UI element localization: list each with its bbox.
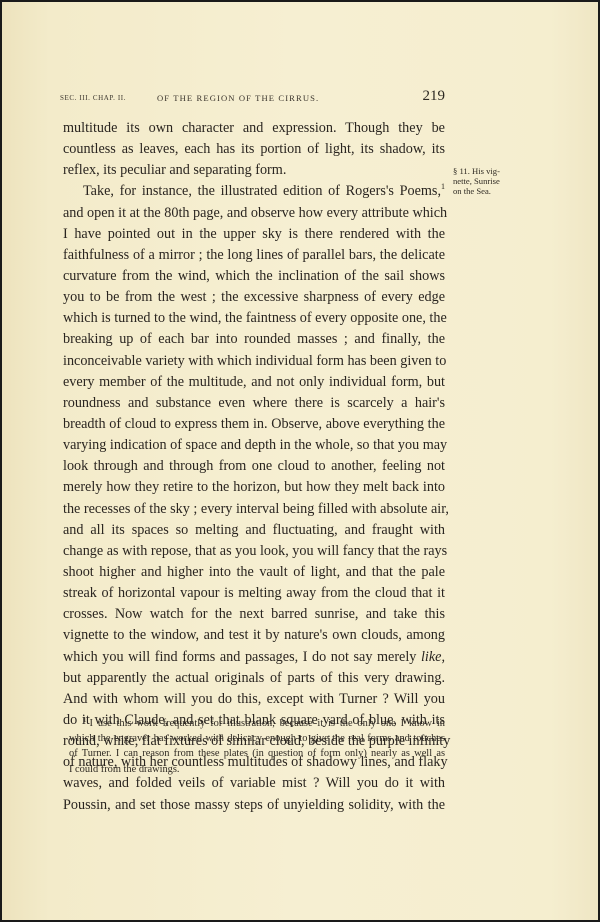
book-page: SEC. III. CHAP. II. OF THE REGION OF THE… bbox=[2, 2, 598, 920]
text-line: countless as leaves, each has its portio… bbox=[63, 139, 445, 160]
text-line: And with whom will you do this, except w… bbox=[63, 689, 445, 710]
text-line: which is turned to the wind, the faintne… bbox=[63, 308, 445, 329]
body-text: multitude its own character and expressi… bbox=[63, 118, 445, 816]
footnote-line: 1I use this work frequently for illustra… bbox=[69, 716, 445, 731]
text-line: multitude its own character and expressi… bbox=[63, 118, 445, 139]
running-head-title: OF THE REGION OF THE CIRRUS. bbox=[157, 93, 319, 103]
text-segment: I use this work frequently for illustrat… bbox=[90, 718, 446, 729]
italic-word: like, bbox=[421, 649, 445, 665]
text-line: look through and through from one cloud … bbox=[63, 456, 445, 477]
text-line: but apparently the actual originals of p… bbox=[63, 668, 445, 689]
text-segment: Take, for instance, the illustrated edit… bbox=[83, 183, 441, 199]
footnote-line: of Turner. I can reason from these plate… bbox=[69, 746, 445, 761]
footnote-reference[interactable]: 1 bbox=[441, 182, 445, 191]
text-line: breaking up of each bar into rounded mas… bbox=[63, 329, 445, 350]
footnote-line: I could from the drawings. bbox=[69, 762, 445, 777]
marginal-note-line: nette, Sunrise bbox=[453, 176, 543, 186]
text-line: merely how they retire to the horizon, b… bbox=[63, 477, 445, 498]
marginal-note-line: on the Sea. bbox=[453, 186, 543, 196]
text-line: roundness and substance even where there… bbox=[63, 393, 445, 414]
text-line: Poussin, and set those massy steps of un… bbox=[63, 795, 445, 816]
marginal-note: § 11. His vig- nette, Sunrise on the Sea… bbox=[453, 166, 543, 197]
footnote: 1I use this work frequently for illustra… bbox=[69, 716, 445, 777]
text-line: faithfulness of a mirror ; the long line… bbox=[63, 245, 445, 266]
text-line: inconceivable variety with which individ… bbox=[63, 351, 445, 372]
marginal-note-line: § 11. His vig- bbox=[453, 166, 543, 176]
text-line: vignette to the window, and test it by n… bbox=[63, 625, 445, 646]
footnote-marker: 1 bbox=[83, 716, 87, 724]
text-line: the recesses of the sky ; every interval… bbox=[63, 499, 445, 520]
text-line: you to be from the west ; the excessive … bbox=[63, 287, 445, 308]
text-line: breadth of cloud to express them in. Obs… bbox=[63, 414, 445, 435]
running-head-section: SEC. III. CHAP. II. bbox=[60, 94, 126, 102]
text-line: I have pointed out in the upper sky is t… bbox=[63, 224, 445, 245]
text-line: varying indication of space and depth in… bbox=[63, 435, 445, 456]
text-line: change as with repose, that as you look,… bbox=[63, 541, 445, 562]
text-line: streak of horizontal vapour is melting a… bbox=[63, 583, 445, 604]
text-line: every member of the multitude, and not o… bbox=[63, 372, 445, 393]
text-segment: which you will find forms and passages, … bbox=[63, 649, 416, 665]
text-line: crosses. Now watch for the next barred s… bbox=[63, 604, 445, 625]
footnote-line: which the engraver has worked with delic… bbox=[69, 731, 445, 746]
text-line: shoot higher and higher into the vault o… bbox=[63, 562, 445, 583]
running-head: SEC. III. CHAP. II. OF THE REGION OF THE… bbox=[60, 88, 445, 108]
text-line: and all its spaces so melting and fluctu… bbox=[63, 520, 445, 541]
page-number: 219 bbox=[423, 88, 446, 105]
text-line: reflex, its peculiar and separating form… bbox=[63, 160, 445, 181]
text-line: curvature from the wind, which the incli… bbox=[63, 266, 445, 287]
text-line-with-footnote-ref: Take, for instance, the illustrated edit… bbox=[63, 181, 445, 202]
text-line-with-italic: which you will find forms and passages, … bbox=[63, 647, 445, 668]
text-line: and open it at the 80th page, and observ… bbox=[63, 203, 445, 224]
